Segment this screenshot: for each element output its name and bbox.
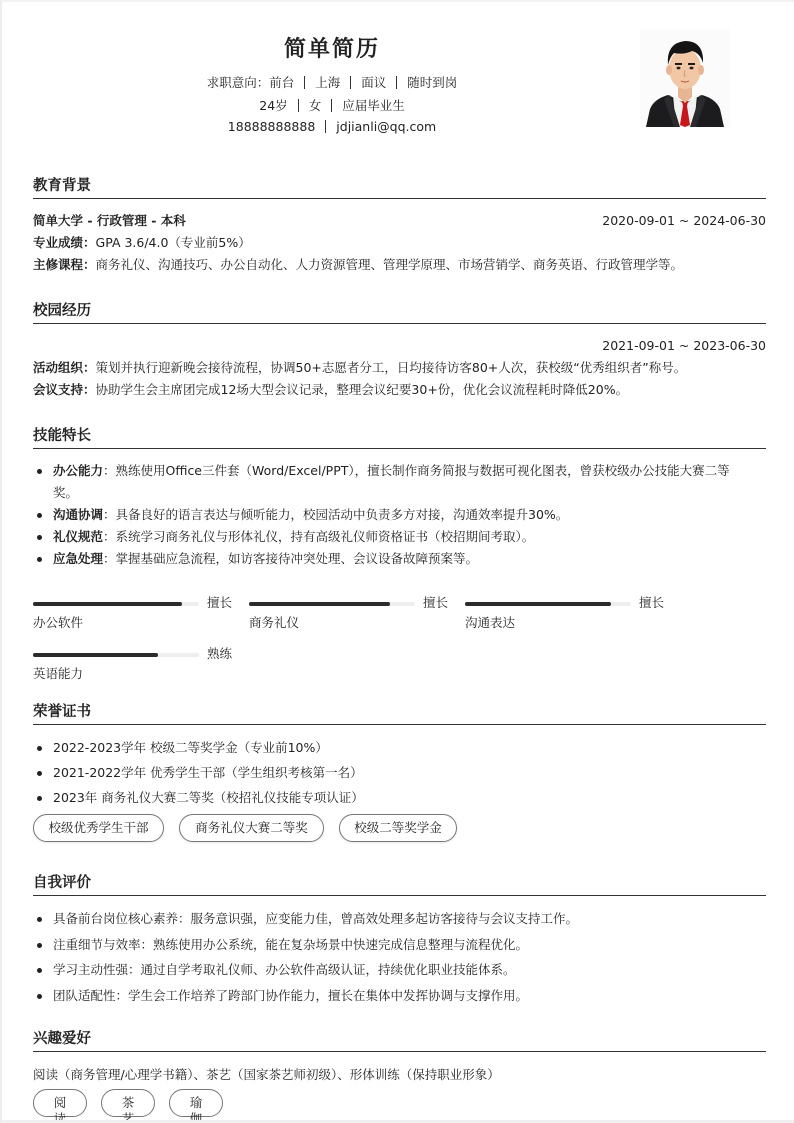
campus-dates: 2021-09-01 ~ 2023-06-30 — [602, 335, 766, 357]
section-title: 教育背景 — [33, 175, 766, 199]
campus-item: 活动组织：策划并执行迎新晚会接待流程，协调50+志愿者分工，日均接待访客80+人… — [33, 357, 766, 379]
honor-tag: 校级二等奖学金 — [339, 814, 457, 842]
availability: 随时到岗 — [407, 75, 457, 90]
skill-text: ：具备良好的语言表达与倾听能力，校园活动中负责多方对接，沟通效率提升30%。 — [103, 507, 568, 522]
campus-item-label: 活动组织： — [33, 360, 96, 375]
city: 上海 — [315, 75, 340, 90]
honor-item: 2022-2023学年 校级二等奖学金（专业前10%） — [33, 737, 766, 759]
courses-value: 商务礼仪、沟通技巧、办公自动化、人力资源管理、管理学原理、市场营销学、商务英语、… — [96, 257, 684, 272]
skill-bar-fill — [249, 602, 390, 606]
divider — [304, 76, 305, 89]
hobbies-text: 阅读（商务管理/心理学书籍）、茶艺（国家茶艺师初级）、形体训练（保持职业形象） — [33, 1064, 766, 1086]
skill-bar: 擅长 商务礼仪 — [249, 595, 449, 635]
hobby-tags: 阅读 茶艺 瑜伽 — [33, 1089, 766, 1119]
skill-name: 沟通表达 — [465, 613, 515, 631]
contact-line: 18888888888jdjianli@qq.com — [2, 119, 662, 134]
hobby-tag: 阅读 — [33, 1089, 87, 1117]
honors-section: 荣誉证书 2022-2023学年 校级二等奖学金（专业前10%） 2021-20… — [33, 701, 766, 844]
self-eval-item: 具备前台岗位核心素养：服务意识强，应变能力佳，曾高效处理多起访客接待与会议支持工… — [33, 908, 766, 930]
section-title: 校园经历 — [33, 300, 766, 324]
skill-bar-track — [33, 602, 199, 606]
campus-item-text: 策划并执行迎新晚会接待流程，协调50+志愿者分工，日均接待访客80+人次，获校级… — [96, 360, 687, 375]
salary: 面议 — [361, 75, 386, 90]
skill-item: 办公能力：熟练使用Office三件套（Word/Excel/PPT），擅长制作商… — [33, 460, 752, 504]
age: 24岁 — [259, 98, 287, 113]
skill-level: 熟练 — [207, 644, 232, 662]
section-title: 兴趣爱好 — [33, 1028, 766, 1052]
hobby-tag-label: 阅读 — [52, 1095, 68, 1123]
divider — [325, 120, 326, 133]
gender: 女 — [309, 98, 322, 113]
courses-label: 主修课程： — [33, 257, 96, 272]
courses-row: 主修课程：商务礼仪、沟通技巧、办公自动化、人力资源管理、管理学原理、市场营销学、… — [33, 254, 766, 276]
hobbies-section: 兴趣爱好 阅读（商务管理/心理学书籍）、茶艺（国家茶艺师初级）、形体训练（保持职… — [33, 1028, 766, 1119]
honor-tag: 商务礼仪大赛二等奖 — [179, 814, 324, 842]
section-title: 技能特长 — [33, 425, 766, 449]
education-section: 教育背景 简单大学 - 行政管理 - 本科 2020-09-01 ~ 2024-… — [33, 175, 766, 276]
skills-list: 办公能力：熟练使用Office三件套（Word/Excel/PPT），擅长制作商… — [33, 460, 766, 570]
hobby-tag: 茶艺 — [101, 1089, 155, 1117]
hobby-tag: 瑜伽 — [169, 1089, 223, 1117]
resume-title: 简单简历 — [2, 32, 662, 63]
skill-bar-fill — [465, 602, 611, 606]
skill-label: 沟通协调 — [53, 507, 103, 522]
phone: 18888888888 — [228, 119, 315, 134]
status: 应届毕业生 — [342, 98, 405, 113]
divider — [396, 76, 397, 89]
avatar-illustration-icon — [640, 29, 730, 127]
self-eval-list: 具备前台岗位核心素养：服务意识强，应变能力佳，曾高效处理多起访客接待与会议支持工… — [33, 908, 766, 1007]
divider — [350, 76, 351, 89]
skill-label: 办公能力 — [53, 463, 103, 478]
campus-item: 会议支持：协助学生会主席团完成12场大型会议记录，整理会议纪要30+份，优化会议… — [33, 379, 766, 401]
gpa-row: 专业成绩：GPA 3.6/4.0（专业前5%） — [33, 232, 766, 254]
section-title: 荣誉证书 — [33, 701, 766, 725]
hobby-tag-label: 茶艺 — [120, 1095, 136, 1123]
self-eval-item: 学习主动性强：通过自学考取礼仪师、办公软件高级认证，持续优化职业技能体系。 — [33, 959, 766, 981]
self-eval-item: 注重细节与效率：熟练使用办公系统，能在复杂场景中快速完成信息整理与流程优化。 — [33, 934, 766, 956]
self-eval-section: 自我评价 具备前台岗位核心素养：服务意识强，应变能力佳，曾高效处理多起访客接待与… — [33, 872, 766, 1007]
skill-bar-fill — [33, 602, 182, 606]
skill-bar-track — [465, 602, 631, 606]
skill-bar: 擅长 办公软件 — [33, 595, 233, 635]
resume-header: 简单简历 求职意向：前台上海面议随时到岗 24岁女应届毕业生 188888888… — [2, 2, 794, 152]
resume-page: 简单简历 求职意向：前台上海面议随时到岗 24岁女应届毕业生 188888888… — [0, 0, 794, 1123]
skills-section: 技能特长 办公能力：熟练使用Office三件套（Word/Excel/PPT），… — [33, 425, 766, 570]
honor-tags: 校级优秀学生干部 商务礼仪大赛二等奖 校级二等奖学金 — [33, 814, 766, 844]
avatar — [640, 29, 730, 127]
honor-item: 2021-2022学年 优秀学生干部（学生组织考核第一名） — [33, 762, 766, 784]
divider — [298, 99, 299, 112]
self-eval-item: 团队适配性：学生会工作培养了跨部门协作能力，擅长在集体中发挥协调与支撑作用。 — [33, 985, 766, 1007]
skill-name: 英语能力 — [33, 664, 83, 682]
section-title: 自我评价 — [33, 872, 766, 896]
job-intent-line: 求职意向：前台上海面议随时到岗 — [2, 73, 662, 91]
honors-list: 2022-2023学年 校级二等奖学金（专业前10%） 2021-2022学年 … — [33, 737, 766, 809]
school-line: 简单大学 - 行政管理 - 本科 — [33, 213, 186, 228]
campus-item-text: 协助学生会主席团完成12场大型会议记录，整理会议纪要30+份，优化会议流程耗时降… — [96, 382, 629, 397]
skill-level: 擅长 — [639, 593, 664, 611]
skill-bar-track — [33, 653, 199, 657]
education-dates: 2020-09-01 ~ 2024-06-30 — [602, 210, 766, 232]
skill-name: 商务礼仪 — [249, 613, 299, 631]
skill-text: ：熟练使用Office三件套（Word/Excel/PPT），擅长制作商务简报与… — [53, 463, 730, 500]
skill-text: ：系统学习商务礼仪与形体礼仪，持有高级礼仪师资格证书（校招期间考取）。 — [103, 529, 534, 544]
skill-item: 礼仪规范：系统学习商务礼仪与形体礼仪，持有高级礼仪师资格证书（校招期间考取）。 — [33, 526, 752, 548]
job-intent: 求职意向：前台 — [207, 75, 295, 90]
email: jdjianli@qq.com — [336, 119, 436, 134]
skill-bar: 擅长 沟通表达 — [465, 595, 665, 635]
campus-item-label: 会议支持： — [33, 382, 96, 397]
divider — [331, 99, 332, 112]
hobby-tag-label: 瑜伽 — [188, 1095, 204, 1123]
skill-bar-track — [249, 602, 415, 606]
gpa-value: GPA 3.6/4.0（专业前5%） — [96, 235, 251, 250]
honor-item: 2023年 商务礼仪大赛二等奖（校招礼仪技能专项认证） — [33, 787, 766, 809]
skill-level: 擅长 — [423, 593, 448, 611]
gpa-label: 专业成绩： — [33, 235, 96, 250]
skill-bar-fill — [33, 653, 158, 657]
skill-level: 擅长 — [207, 593, 232, 611]
personal-info-line: 24岁女应届毕业生 — [2, 96, 662, 114]
campus-dates-row: 2021-09-01 ~ 2023-06-30 — [33, 335, 766, 357]
skill-bar: 熟练 英语能力 — [33, 646, 233, 686]
honor-tag: 校级优秀学生干部 — [33, 814, 164, 842]
skill-label: 礼仪规范 — [53, 529, 103, 544]
skill-label: 应急处理 — [53, 551, 103, 566]
skill-item: 应急处理：掌握基础应急流程，如访客接待冲突处理、会议设备故障预案等。 — [33, 548, 752, 570]
education-header-row: 简单大学 - 行政管理 - 本科 2020-09-01 ~ 2024-06-30 — [33, 210, 766, 232]
skill-text: ：掌握基础应急流程，如访客接待冲突处理、会议设备故障预案等。 — [103, 551, 478, 566]
campus-section: 校园经历 2021-09-01 ~ 2023-06-30 活动组织：策划并执行迎… — [33, 300, 766, 401]
skill-name: 办公软件 — [33, 613, 83, 631]
skill-item: 沟通协调：具备良好的语言表达与倾听能力，校园活动中负责多方对接，沟通效率提升30… — [33, 504, 752, 526]
